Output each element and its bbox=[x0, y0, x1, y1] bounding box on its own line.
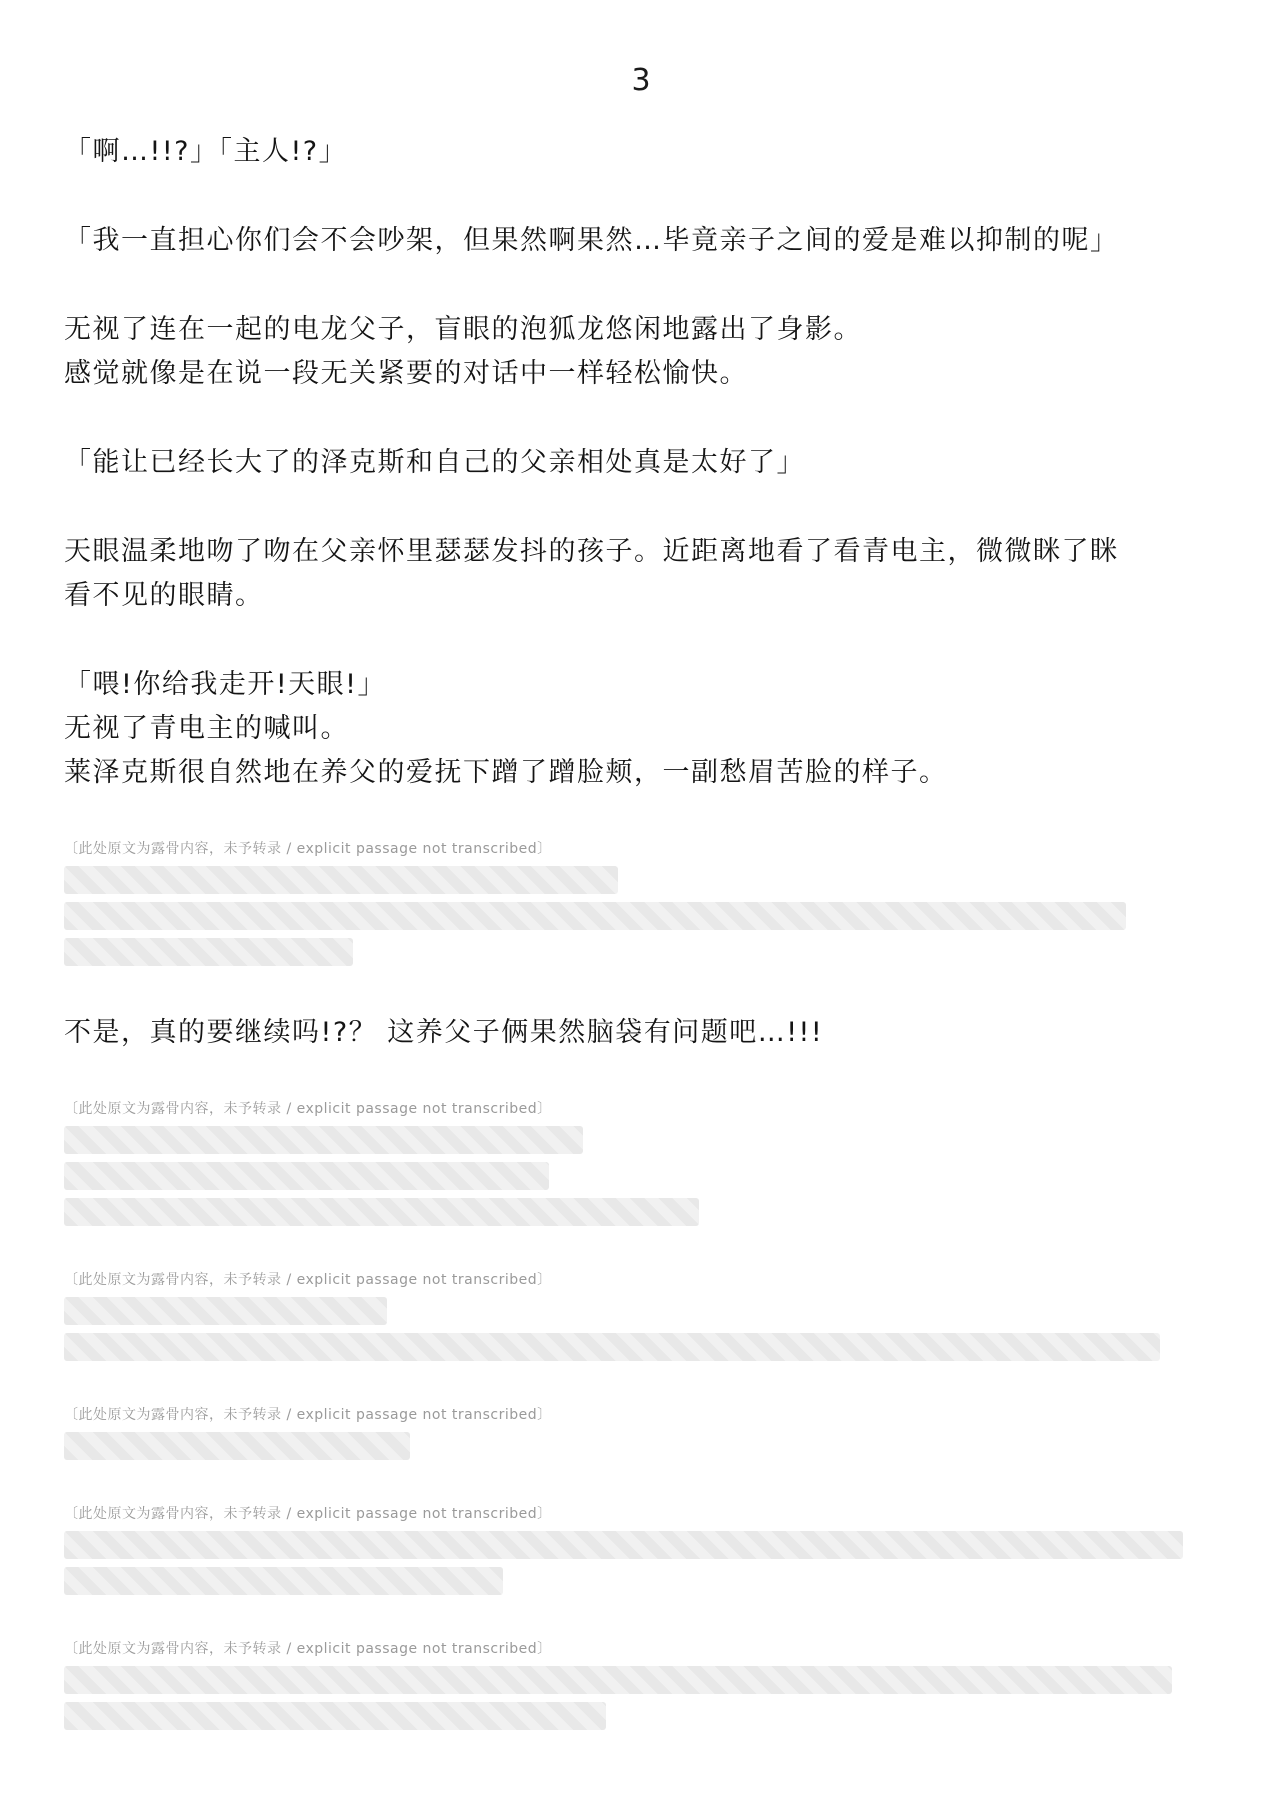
text-line: 无视了青电主的喊叫。 bbox=[64, 707, 1218, 751]
redacted-paragraph: 〔此处原文为露骨内容，未予转录 / explicit passage not t… bbox=[64, 1100, 1218, 1226]
redacted-line-bar bbox=[64, 1198, 699, 1226]
redacted-paragraph: 〔此处原文为露骨内容，未予转录 / explicit passage not t… bbox=[64, 840, 1218, 966]
text-line: 不是，真的要继续吗!?？ 这养父子俩果然脑袋有问题吧…!!! bbox=[64, 1011, 1218, 1055]
text-line: 天眼温柔地吻了吻在父亲怀里瑟瑟发抖的孩子。近距离地看了看青电主，微微眯了眯 bbox=[64, 530, 1218, 574]
text-paragraph: 「啊…!!?」「主人!?」 bbox=[64, 130, 1218, 174]
page-number: 3 bbox=[64, 66, 1218, 96]
text-line: 无视了连在一起的电龙父子，盲眼的泡狐龙悠闲地露出了身影。 bbox=[64, 308, 1218, 352]
redacted-line-bar bbox=[64, 1333, 1160, 1361]
redaction-label: 〔此处原文为露骨内容，未予转录 / explicit passage not t… bbox=[64, 1100, 1218, 1118]
redaction-label: 〔此处原文为露骨内容，未予转录 / explicit passage not t… bbox=[64, 1505, 1218, 1523]
text-line: 「喂!你给我走开!天眼!」 bbox=[64, 663, 1218, 707]
text-paragraph: 「我一直担心你们会不会吵架，但果然啊果然…毕竟亲子之间的爱是难以抑制的呢」 bbox=[64, 219, 1218, 263]
redacted-paragraph: 〔此处原文为露骨内容，未予转录 / explicit passage not t… bbox=[64, 1406, 1218, 1460]
redacted-line-bar bbox=[64, 1126, 583, 1154]
redaction-label: 〔此处原文为露骨内容，未予转录 / explicit passage not t… bbox=[64, 1406, 1218, 1424]
text-paragraph: 不是，真的要继续吗!?？ 这养父子俩果然脑袋有问题吧…!!! bbox=[64, 1011, 1218, 1055]
text-line: 「能让已经长大了的泽克斯和自己的父亲相处真是太好了」 bbox=[64, 441, 1218, 485]
text-paragraph: 无视了连在一起的电龙父子，盲眼的泡狐龙悠闲地露出了身影。感觉就像是在说一段无关紧… bbox=[64, 308, 1218, 396]
redacted-paragraph: 〔此处原文为露骨内容，未予转录 / explicit passage not t… bbox=[64, 1640, 1218, 1730]
text-line: 「我一直担心你们会不会吵架，但果然啊果然…毕竟亲子之间的爱是难以抑制的呢」 bbox=[64, 219, 1218, 263]
redacted-line-bar bbox=[64, 1702, 606, 1730]
redaction-label: 〔此处原文为露骨内容，未予转录 / explicit passage not t… bbox=[64, 840, 1218, 858]
text-line: 莱泽克斯很自然地在养父的爱抚下蹭了蹭脸颊，一副愁眉苦脸的样子。 bbox=[64, 751, 1218, 795]
redacted-line-bar bbox=[64, 1567, 503, 1595]
redacted-line-bar bbox=[64, 1531, 1183, 1559]
redacted-paragraph: 〔此处原文为露骨内容，未予转录 / explicit passage not t… bbox=[64, 1271, 1218, 1361]
redaction-label: 〔此处原文为露骨内容，未予转录 / explicit passage not t… bbox=[64, 1640, 1218, 1658]
redacted-line-bar bbox=[64, 938, 353, 966]
redacted-line-bar bbox=[64, 1666, 1172, 1694]
text-line: 看不见的眼睛。 bbox=[64, 574, 1218, 618]
redacted-line-bar bbox=[64, 1162, 549, 1190]
text-paragraph: 「能让已经长大了的泽克斯和自己的父亲相处真是太好了」 bbox=[64, 441, 1218, 485]
redacted-line-bar bbox=[64, 1432, 410, 1460]
text-line: 感觉就像是在说一段无关紧要的对话中一样轻松愉快。 bbox=[64, 352, 1218, 396]
page-body: 「啊…!!?」「主人!?」「我一直担心你们会不会吵架，但果然啊果然…毕竟亲子之间… bbox=[64, 130, 1218, 1730]
redacted-line-bar bbox=[64, 866, 618, 894]
document-page: 3 「啊…!!?」「主人!?」「我一直担心你们会不会吵架，但果然啊果然…毕竟亲子… bbox=[0, 0, 1280, 1810]
text-paragraph: 天眼温柔地吻了吻在父亲怀里瑟瑟发抖的孩子。近距离地看了看青电主，微微眯了眯看不见… bbox=[64, 530, 1218, 618]
redaction-label: 〔此处原文为露骨内容，未予转录 / explicit passage not t… bbox=[64, 1271, 1218, 1289]
redacted-line-bar bbox=[64, 1297, 387, 1325]
redacted-paragraph: 〔此处原文为露骨内容，未予转录 / explicit passage not t… bbox=[64, 1505, 1218, 1595]
text-line: 「啊…!!?」「主人!?」 bbox=[64, 130, 1218, 174]
redacted-line-bar bbox=[64, 902, 1126, 930]
text-paragraph: 「喂!你给我走开!天眼!」无视了青电主的喊叫。莱泽克斯很自然地在养父的爱抚下蹭了… bbox=[64, 663, 1218, 795]
